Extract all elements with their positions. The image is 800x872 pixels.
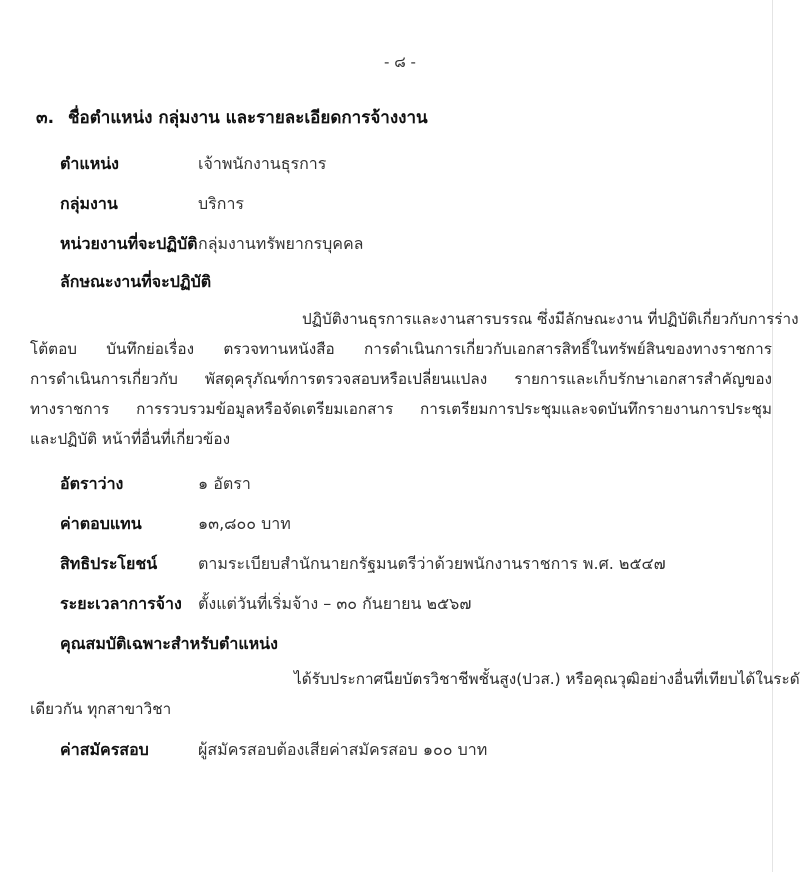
field-value: เจ้าพนักงานธุรการ <box>198 152 326 177</box>
field-label: หน่วยงานที่จะปฏิบัติ <box>60 232 198 257</box>
paragraph-line: ทางราชการ การรวบรวมข้อมูลหรือจัดเตรียมเอ… <box>30 394 772 424</box>
page-edge-line <box>772 0 773 872</box>
section-number: ๓. <box>36 108 54 128</box>
qualifications-paragraph: ได้รับประกาศนียบัตรวิชาชีพชั้นสูง(ปวส.) … <box>30 664 772 724</box>
paragraph-line: เดียวกัน ทุกสาขาวิชา <box>30 694 772 724</box>
field-group: กลุ่มงาน บริการ <box>60 192 244 217</box>
section-title-text: ชื่อตำแหน่ง กลุ่มงาน และรายละเอียดการจ้า… <box>68 108 428 128</box>
field-vacancies: อัตราว่าง ๑ อัตรา <box>60 472 251 497</box>
paragraph-line: ปฏิบัติงานธุรการและงานสารบรรณ ซึ่งมีลักษ… <box>30 304 772 334</box>
field-duration: ระยะเวลาการจ้าง ตั้งแต่วันที่เริ่มจ้าง –… <box>60 592 471 617</box>
paragraph-line: โต้ตอบ บันทึกย่อเรื่อง ตรวจทานหนังสือ กา… <box>30 334 772 364</box>
field-salary: ค่าตอบแทน ๑๓,๘๐๐ บาท <box>60 512 291 537</box>
field-unit: หน่วยงานที่จะปฏิบัติ กลุ่มงานทรัพยากรบุค… <box>60 232 363 257</box>
field-value: กลุ่มงานทรัพยากรบุคคล <box>198 232 363 257</box>
field-label: อัตราว่าง <box>60 472 198 497</box>
field-value: ตั้งแต่วันที่เริ่มจ้าง – ๓๐ กันยายน ๒๕๖๗ <box>198 592 471 617</box>
field-label: กลุ่มงาน <box>60 192 198 217</box>
job-description-paragraph: ปฏิบัติงานธุรการและงานสารบรรณ ซึ่งมีลักษ… <box>30 304 772 454</box>
field-label: สิทธิประโยชน์ <box>60 552 198 577</box>
field-value: ผู้สมัครสอบต้องเสียค่าสมัครสอบ ๑๐๐ บาท <box>198 738 487 763</box>
section-title: ๓. ชื่อตำแหน่ง กลุ่มงาน และรายละเอียดการ… <box>36 104 428 131</box>
paragraph-line: ได้รับประกาศนียบัตรวิชาชีพชั้นสูง(ปวส.) … <box>30 664 772 694</box>
field-fee: ค่าสมัครสอบ ผู้สมัครสอบต้องเสียค่าสมัครส… <box>60 738 487 763</box>
field-value: บริการ <box>198 192 244 217</box>
qualifications-heading: คุณสมบัติเฉพาะสำหรับตำแหน่ง <box>60 632 278 657</box>
field-label: ค่าตอบแทน <box>60 512 198 537</box>
field-label: ระยะเวลาการจ้าง <box>60 592 198 617</box>
field-label: ตำแหน่ง <box>60 152 198 177</box>
field-benefits: สิทธิประโยชน์ ตามระเบียบสำนักนายกรัฐมนตร… <box>60 552 666 577</box>
paragraph-line: การดำเนินการเกี่ยวกับ พัสดุครุภัณฑ์การตร… <box>30 364 772 394</box>
field-value: ๑๓,๘๐๐ บาท <box>198 512 291 537</box>
field-value: ตามระเบียบสำนักนายกรัฐมนตรีว่าด้วยพนักงา… <box>198 552 666 577</box>
field-value: ๑ อัตรา <box>198 472 251 497</box>
page-number: - ๘ - <box>0 50 800 74</box>
field-position: ตำแหน่ง เจ้าพนักงานธุรการ <box>60 152 326 177</box>
job-description-heading: ลักษณะงานที่จะปฏิบัติ <box>60 270 211 295</box>
field-label: ค่าสมัครสอบ <box>60 738 198 763</box>
paragraph-line: และปฏิบัติ หน้าที่อื่นที่เกี่ยวข้อง <box>30 424 772 454</box>
